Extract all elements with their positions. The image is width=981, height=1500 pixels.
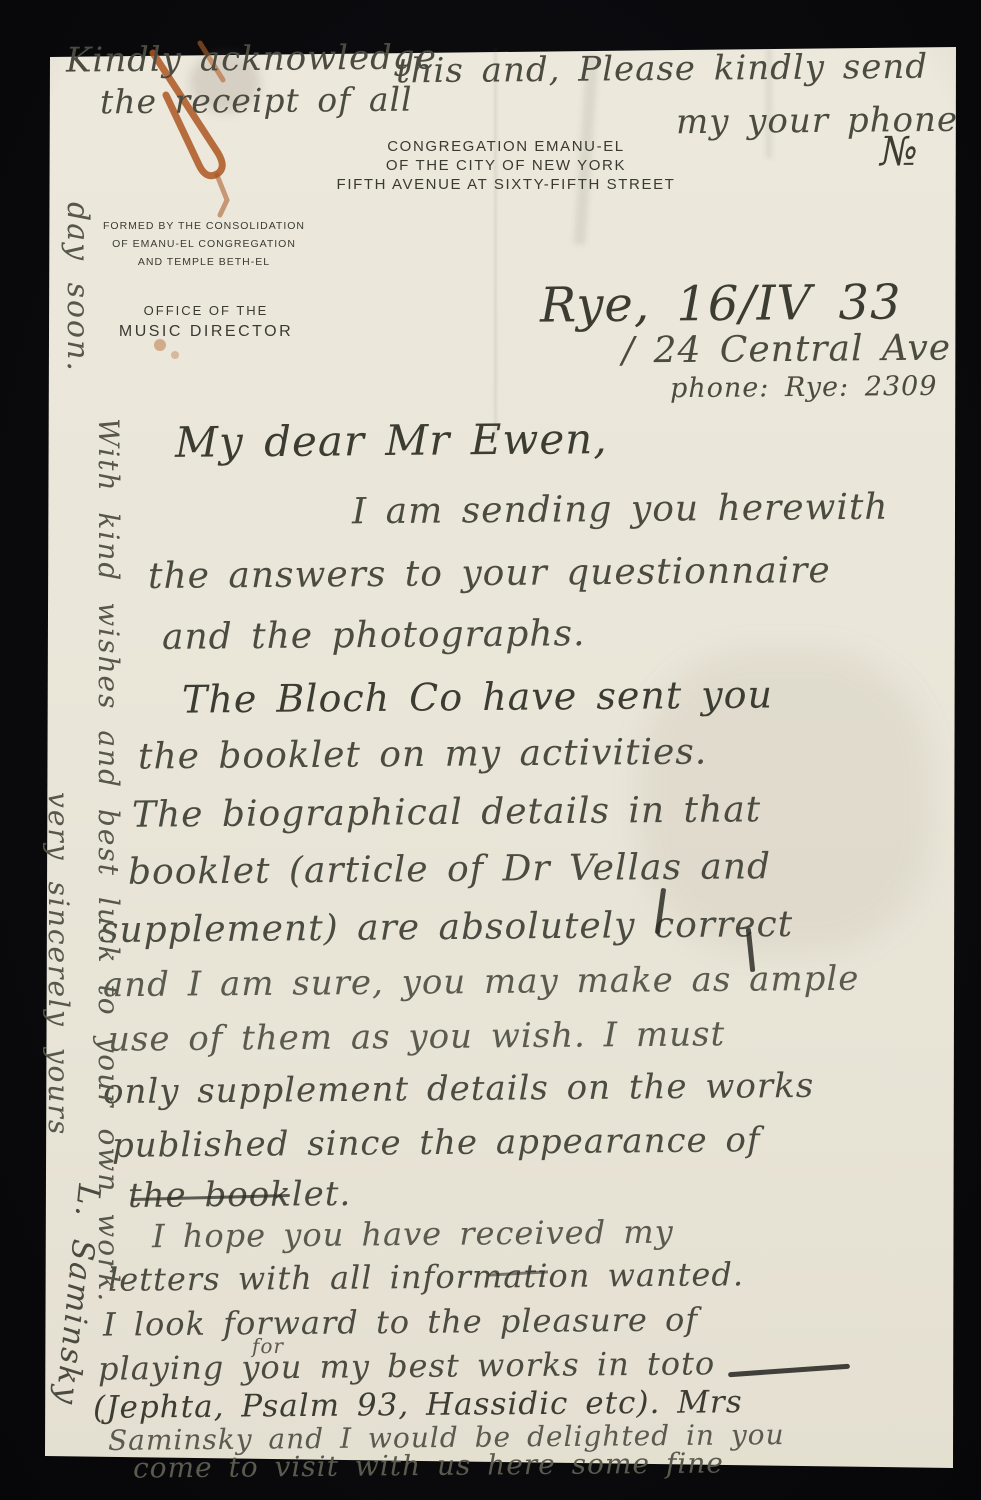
body-line: I look forward to the pleasure of <box>103 1303 698 1340</box>
letterhead-formed-line: FORMED BY THE CONSOLIDATION <box>103 220 305 232</box>
body-line: only supplement details on the works <box>103 1069 815 1109</box>
top-note-line: Kindly acknowledge <box>66 40 437 77</box>
dateline-place-date: Rye, 16/IV 33 <box>540 278 902 329</box>
body-line: letters with all information wanted. <box>108 1258 744 1296</box>
margin-line: very sincerely yours <box>44 792 72 1136</box>
body-line: the booklet on my activities. <box>138 735 708 776</box>
body-line: the booklet. <box>128 1177 352 1213</box>
body-line: The Bloch Co have sent you <box>182 675 773 718</box>
body-line: The biographical details in that <box>132 792 761 833</box>
dateline-address: / 24 Central Ave <box>622 331 951 370</box>
letterhead-org-line: FIFTH AVENUE AT SIXTY-FIFTH STREET <box>337 176 676 193</box>
letterhead-office-line: MUSIC DIRECTOR <box>119 323 293 341</box>
body-line: playing you my best works in toto <box>98 1347 715 1384</box>
body-line: and I am sure, you may make as ample <box>103 962 860 1003</box>
body-line: published since the appearance of <box>112 1123 761 1163</box>
body-line: supplement) are absolutely correct <box>100 907 793 949</box>
top-note-line: the receipt of all <box>100 83 413 119</box>
body-line: and the photographs. <box>162 616 586 656</box>
letterhead-formed-line: OF EMANU-EL CONGREGATION <box>112 238 296 250</box>
letterhead-org-line: CONGREGATION EMANU-EL <box>387 138 625 155</box>
numero-symbol: № <box>880 132 919 172</box>
body-line: the answers to your questionnaire <box>148 553 831 595</box>
margin-line: day soon. <box>62 202 92 373</box>
body-line: use of them as you wish. I must <box>108 1017 725 1056</box>
body-line: I am sending you herewith <box>352 490 889 531</box>
inserted-word: for <box>252 1336 284 1356</box>
body-line: come to visit with us here some fine <box>133 1449 724 1482</box>
body-line: booklet (article of Dr Vellas and <box>128 849 771 891</box>
body-line: I hope you have received my <box>152 1216 674 1253</box>
dateline-phone: phone: Rye: 2309 <box>670 373 938 402</box>
letterhead-formed-line: AND TEMPLE BETH-EL <box>138 256 270 268</box>
margin-line: With kind wishes and best luck to your o… <box>94 418 122 1303</box>
greeting: My dear Mr Ewen, <box>175 418 608 464</box>
top-note-line: this and, Please kindly send <box>396 50 928 89</box>
letterhead-office-line: OFFICE OF THE <box>144 303 269 318</box>
scanned-letter-page: Kindly acknowledge the receipt of all th… <box>0 0 981 1500</box>
letterhead-org-line: OF THE CITY OF NEW YORK <box>386 157 626 174</box>
